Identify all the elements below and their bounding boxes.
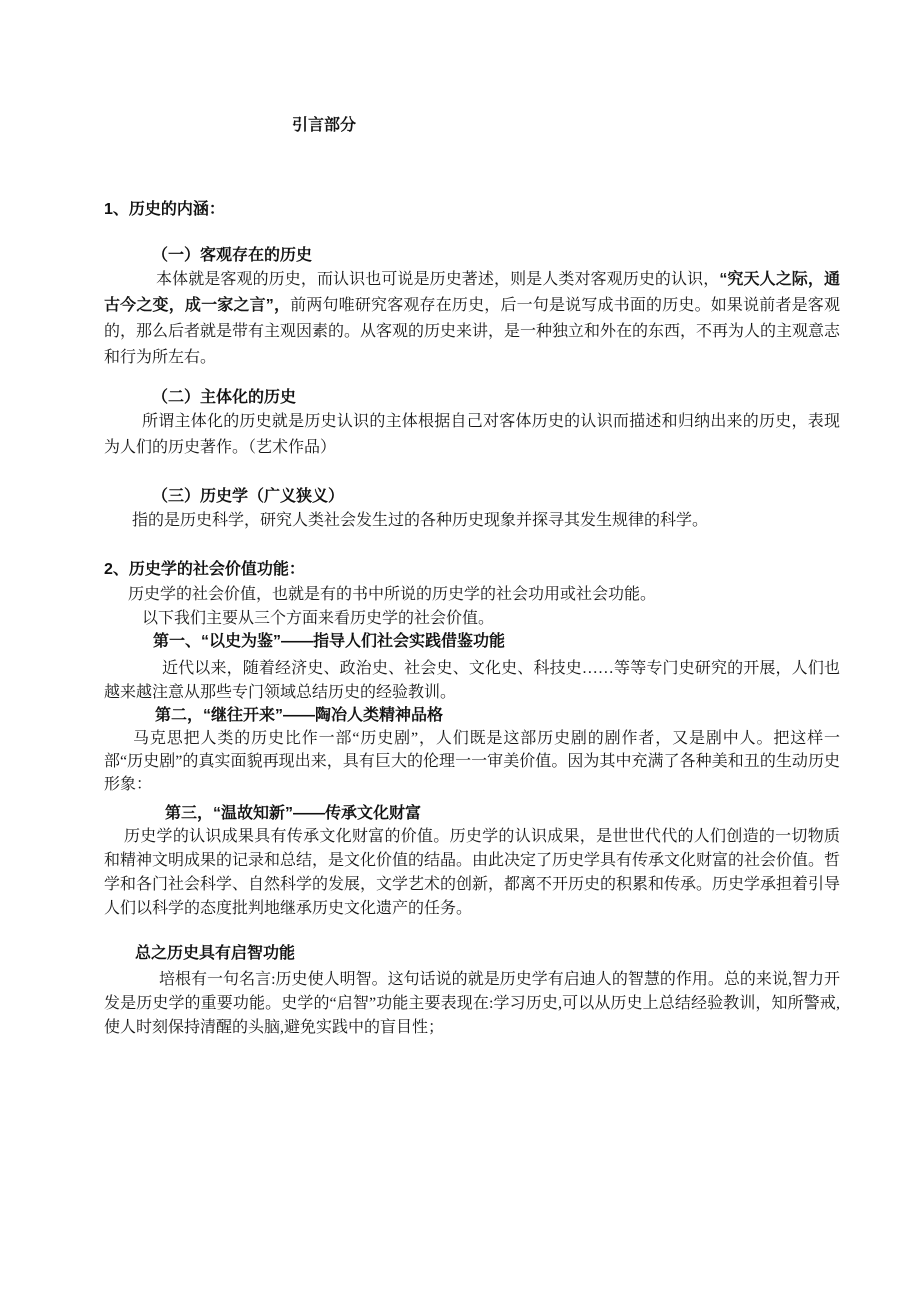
subsection-1-1-heading: （一）客观存在的历史: [152, 245, 840, 267]
paragraph-point-3: 历史学的认识成果具有传承文化财富的价值。历史学的认识成果，是世世代代的人们创造的…: [104, 825, 840, 921]
point-2-heading: 第二，“继往开来”——陶冶人类精神品格: [155, 705, 840, 727]
paragraph-text-pre: 本体就是客观的历史，而认识也可说是历史著述，则是人类对客观历史的认识，: [156, 271, 719, 288]
point-3-heading: 第三，“温故知新”——传承文化财富: [165, 803, 840, 825]
document-page: 引言部分 1、历史的内涵： （一）客观存在的历史 本体就是客观的历史，而认识也可…: [104, 0, 840, 1040]
summary-heading: 总之历史具有启智功能: [135, 943, 840, 965]
paragraph-point-1: 近代以来，随着经济史、政治史、社会史、文化史、科技史……等等专门史研究的开展，人…: [104, 657, 840, 705]
paragraph-objective-history: 本体就是客观的历史，而认识也可说是历史著述，则是人类对客观历史的认识，“究天人之…: [104, 267, 840, 371]
point-1-heading: 第一、“以史为鉴”——指导人们社会实践借鉴功能: [153, 631, 840, 653]
paragraph-summary: 培根有一句名言:历史使人明智。这句话说的就是历史学有启迪人的智慧的作用。总的来说…: [104, 968, 840, 1040]
paragraph-three-aspects-intro: 以下我们主要从三个方面来看历史学的社会价值。: [104, 607, 840, 631]
subsection-1-3-heading: （三）历史学（广义狭义）: [152, 486, 840, 508]
document-title: 引言部分: [292, 115, 840, 137]
subsection-1-2-heading: （二）主体化的历史: [152, 387, 840, 409]
paragraph-point-2: 马克思把人类的历史比作一部“历史剧”，人们既是这部历史剧的剧作者，又是剧中人。把…: [104, 727, 840, 796]
paragraph-historiography-definition: 指的是历史科学，研究人类社会发生过的各种历史现象并探寻其发生规律的科学。: [104, 508, 840, 534]
section-1-heading: 1、历史的内涵：: [104, 199, 840, 221]
paragraph-subjective-history: 所谓主体化的历史就是历史认识的主体根据自己对客体历史的认识而描述和归纳出来的历史…: [104, 409, 840, 461]
section-2-heading: 2、历史学的社会价值功能：: [104, 559, 840, 581]
paragraph-social-value-intro: 历史学的社会价值，也就是有的书中所说的历史学的社会功用或社会功能。: [104, 583, 840, 607]
